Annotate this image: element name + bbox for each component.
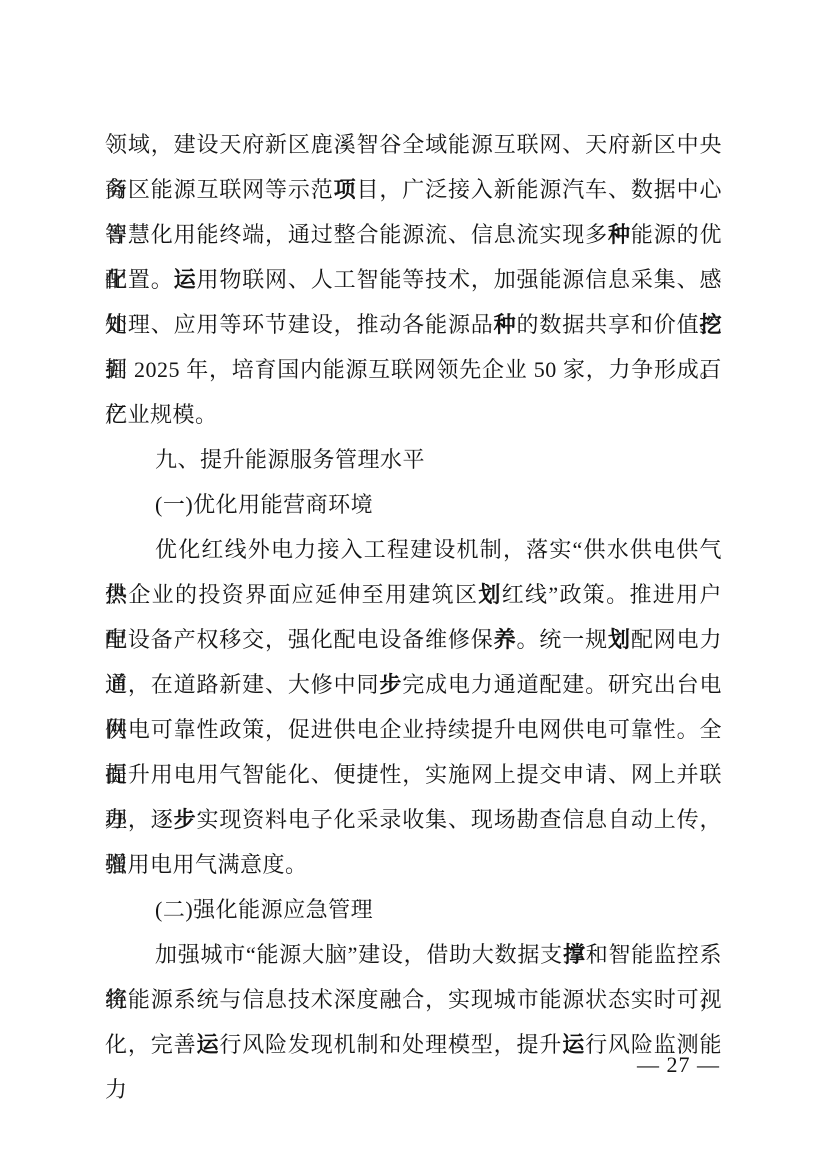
text-segment: 务区能源互联网等示范: [105, 177, 334, 202]
subsection-heading: (一)优化用能营商环境: [105, 482, 722, 527]
text-segment: (一)优化用能营商环境: [155, 492, 373, 517]
bold-text-segment: 运: [562, 1032, 585, 1057]
bold-text-segment: 养: [494, 627, 517, 652]
body-line: 到 2025 年，培育国内能源互联网领先企业 50 家，力争形成百亿: [105, 347, 722, 392]
text-segment: 强用电用气满意度。: [105, 852, 308, 877]
bold-text-segment: 划: [478, 582, 501, 607]
body-line: 将能源系统与信息技术深度融合，实现城市能源状态实时可视: [105, 977, 722, 1022]
body-line: 热企业的投资界面应延伸至用建筑区划红线”政策。推进用户配: [105, 572, 722, 617]
body-line: 电设备产权移交，强化配电设备维修保养。统一规划配网电力通: [105, 617, 722, 662]
body-line: 配置。运用物联网、人工智能等技术，加强能源信息采集、感知、: [105, 257, 722, 302]
bold-text-segment: 运: [174, 267, 197, 292]
bold-text-segment: 划: [608, 627, 631, 652]
section-heading: 九、提升能源服务管理水平: [105, 437, 722, 482]
subsection-heading: (二)强化能源应急管理: [105, 887, 722, 932]
body-line: 道，在道路新建、大修中同步完成电力通道配建。研究出台电网: [105, 662, 722, 707]
bold-text-segment: 撑: [563, 942, 586, 967]
text-segment: 加强城市“能源大脑”建设，借助大数据支: [155, 942, 563, 967]
text-segment: 行风险发现机制和处理模型，提升: [219, 1032, 562, 1057]
body-line: 务区能源互联网等示范项目，广泛接入新能源汽车、数据中心等: [105, 167, 722, 212]
bold-text-segment: 步: [379, 672, 402, 697]
body-line: 强用电用气满意度。: [105, 842, 722, 887]
bold-text-segment: 挖: [699, 312, 722, 337]
text-segment: 处理、应用等环节建设，推动各能源品: [105, 312, 494, 337]
body-line: 理，逐步实现资料电子化采录收集、现场勘查信息自动上传，增: [105, 797, 722, 842]
bold-text-segment: 运: [196, 1032, 219, 1057]
bold-text-segment: 种: [608, 222, 631, 247]
text-segment: 智慧化用能终端，通过整合能源流、信息流实现多: [105, 222, 608, 247]
page-number: — 27 —: [637, 1050, 720, 1080]
text-segment: 九、提升能源服务管理水平: [155, 447, 425, 472]
bold-text-segment: 项: [334, 177, 357, 202]
text-segment: 热企业的投资界面应延伸至用建筑区: [105, 582, 478, 607]
text-segment: 产业规模。: [105, 402, 218, 427]
document-body: 领域，建设天府新区鹿溪智谷全域能源互联网、天府新区中央商务区能源互联网等示范项目…: [105, 122, 722, 1067]
body-line: 化，完善运行风险发现机制和处理模型，提升运行风险监测能力: [105, 1022, 722, 1067]
body-line: 产业规模。: [105, 392, 722, 437]
body-line: 智慧化用能终端，通过整合能源流、信息流实现多种能源的优化: [105, 212, 722, 257]
body-line: 供电可靠性政策，促进供电企业持续提升电网供电可靠性。全面: [105, 707, 722, 752]
text-segment: 。统一规: [517, 627, 608, 652]
text-segment: 电设备产权移交，强化配电设备维修保: [105, 627, 494, 652]
body-line: 提升用电用气智能化、便捷性，实施网上提交申请、网上并联办: [105, 752, 722, 797]
text-segment: 化，完善: [105, 1032, 196, 1057]
text-segment: (二)强化能源应急管理: [155, 897, 373, 922]
text-segment: 理，逐: [105, 807, 174, 832]
text-segment: 配置。: [105, 267, 174, 292]
document-page: 领域，建设天府新区鹿溪智谷全域能源互联网、天府新区中央商务区能源互联网等示范项目…: [0, 0, 827, 1169]
text-segment: 的数据共享和价值: [517, 312, 700, 337]
text-segment: 道，在道路新建、大修中同: [105, 672, 379, 697]
text-segment: 将能源系统与信息技术深度融合，实现城市能源状态实时可视: [105, 987, 722, 1012]
body-line: 处理、应用等环节建设，推动各能源品种的数据共享和价值挖掘。: [105, 302, 722, 347]
bold-text-segment: 步: [174, 807, 197, 832]
body-line: 领域，建设天府新区鹿溪智谷全域能源互联网、天府新区中央商: [105, 122, 722, 167]
body-line: 加强城市“能源大脑”建设，借助大数据支撑和智能监控系统，: [105, 932, 722, 977]
body-line: 优化红线外电力接入工程建设机制，落实“供水供电供气供: [105, 527, 722, 572]
bold-text-segment: 种: [494, 312, 517, 337]
